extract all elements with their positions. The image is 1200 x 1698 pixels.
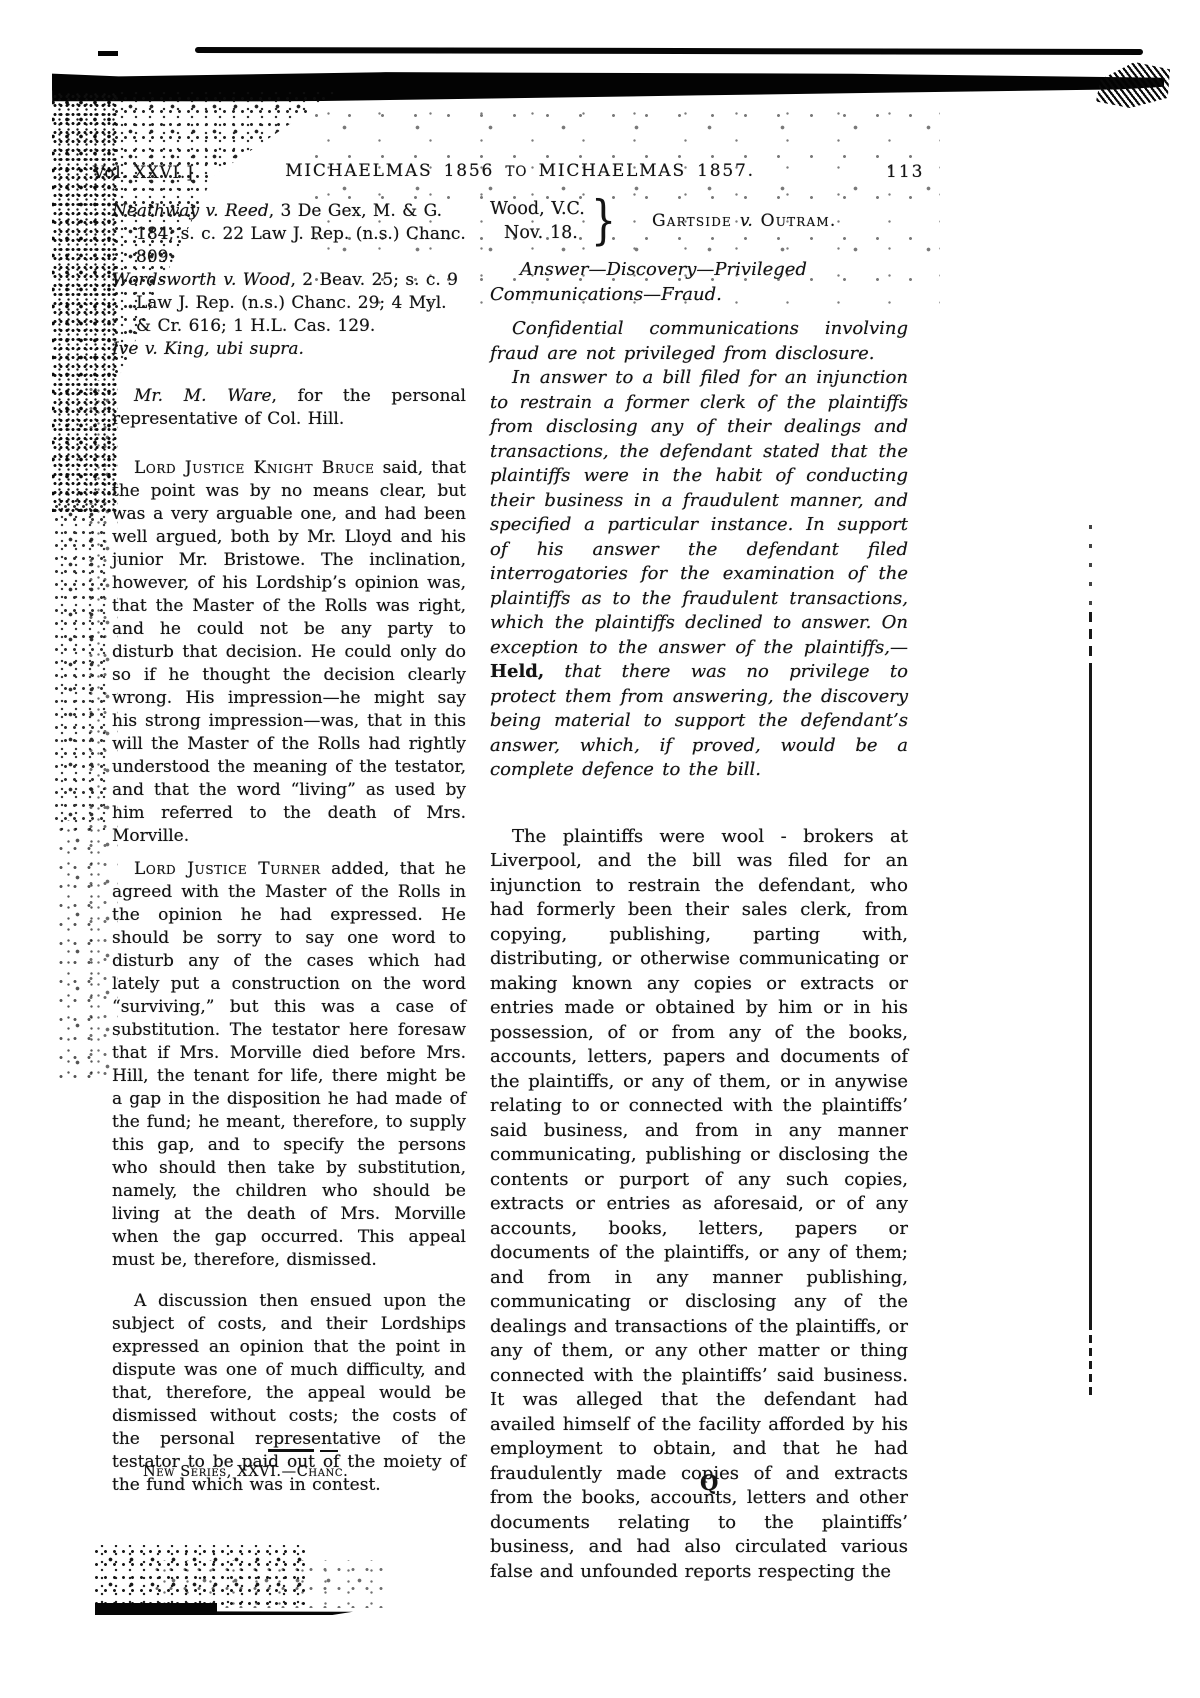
held-label: Held,: [490, 661, 544, 682]
left-column: Neathway v. Reed, 3 De Gex, M. & G. 184;…: [112, 200, 466, 1497]
running-title: MICHAELMAS 1856 TO MICHAELMAS 1857.: [240, 161, 800, 181]
judgment-text: added, that he agreed with the Master of…: [112, 859, 466, 1270]
scan-artifact-thin-bar-left: [98, 51, 118, 56]
defendant-name: Outram.: [761, 211, 837, 231]
case-name: Gartside v. Outram.: [652, 209, 837, 234]
footer-rule-dash: [320, 1450, 338, 1452]
page-number: 113: [886, 162, 924, 182]
printer-signature-mark: Q: [700, 1470, 718, 1495]
running-title-to: TO: [505, 164, 527, 180]
brace-glyph: }: [591, 196, 616, 246]
scan-artifact-thin-bar: [195, 47, 1143, 55]
scan-noise-bottom-spread: [150, 1560, 385, 1608]
scan-artifact-vertical-line-solid: [1089, 668, 1092, 1322]
scan-artifact-bottom-bar-thin: [95, 1611, 353, 1615]
scan-artifact-vertical-line-dashed-bottom: [1089, 1322, 1092, 1398]
hearing-date: Nov. 18.: [490, 221, 585, 245]
headnote-paragraph-2: In answer to a bill filed for an injunct…: [490, 366, 908, 783]
judge-name: Lord Justice Turner: [134, 859, 321, 879]
judgment-turner: Lord Justice Turner added, that he agree…: [112, 858, 466, 1272]
counsel-appearance: Mr. M. Ware, for the personal representa…: [112, 385, 466, 431]
headnote-paragraph-1: Confidential communications involving fr…: [490, 317, 908, 366]
court-label: Wood, V.C.: [490, 197, 585, 221]
citation-line: Neathway v. Reed, 3 De Gex, M. & G. 184;…: [112, 200, 466, 269]
footer-rule: [268, 1449, 314, 1452]
scan-artifact-hatch-patch: [1096, 62, 1170, 108]
judge-name: Lord Justice Knight Bruce: [134, 458, 374, 478]
judgment-text: said, that the point was by no means cle…: [112, 458, 466, 846]
citation-line: Wordsworth v. Wood, 2 Beav. 25; s. c. 9 …: [112, 269, 466, 338]
cited-case-name: Ive v. King: [112, 339, 204, 359]
citation-reference: , ubi supra.: [204, 339, 304, 359]
judgment-knight-bruce: Lord Justice Knight Bruce said, that the…: [112, 457, 466, 848]
headnote-text: In answer to a bill filed for an injunct…: [490, 367, 908, 658]
case-statement-paragraph: The plaintiffs were wool - brokers at Li…: [490, 825, 908, 1585]
cited-case-name: Neathway v. Reed: [112, 201, 269, 221]
series-footer: New Series, XXVI.—Chanc.: [143, 1464, 348, 1480]
running-title-left: MICHAELMAS 1856: [285, 161, 494, 181]
scan-artifact-vertical-line-dotted: [1089, 525, 1092, 621]
volume-label: Vol. XXVI.]: [93, 163, 194, 182]
running-title-right: MICHAELMAS 1857.: [539, 161, 755, 181]
right-column: Wood, V.C. Nov. 18. } Gartside v. Outram…: [490, 196, 908, 1584]
case-header: Wood, V.C. Nov. 18. } Gartside v. Outram…: [490, 196, 908, 246]
citation-list: Neathway v. Reed, 3 De Gex, M. & G. 184;…: [112, 200, 466, 361]
court-and-date: Wood, V.C. Nov. 18.: [490, 197, 585, 245]
scan-artifact-vertical-line-dashed-top: [1089, 612, 1092, 670]
versus-label: v.: [740, 211, 753, 231]
cited-case-name: Wordsworth v. Wood: [112, 270, 290, 290]
headnote-text: that there was no privilege to protect t…: [490, 661, 908, 780]
citation-line: Ive v. King, ubi supra.: [112, 338, 466, 361]
headnote-catchwords: Answer—Discovery—Privileged Communicatio…: [490, 258, 908, 307]
plaintiff-name: Gartside: [652, 211, 732, 231]
counsel-name: Mr. M. Ware: [134, 386, 272, 406]
scanned-law-report-page: Vol. XXVI.] MICHAELMAS 1856 TO MICHAELMA…: [0, 0, 1200, 1698]
